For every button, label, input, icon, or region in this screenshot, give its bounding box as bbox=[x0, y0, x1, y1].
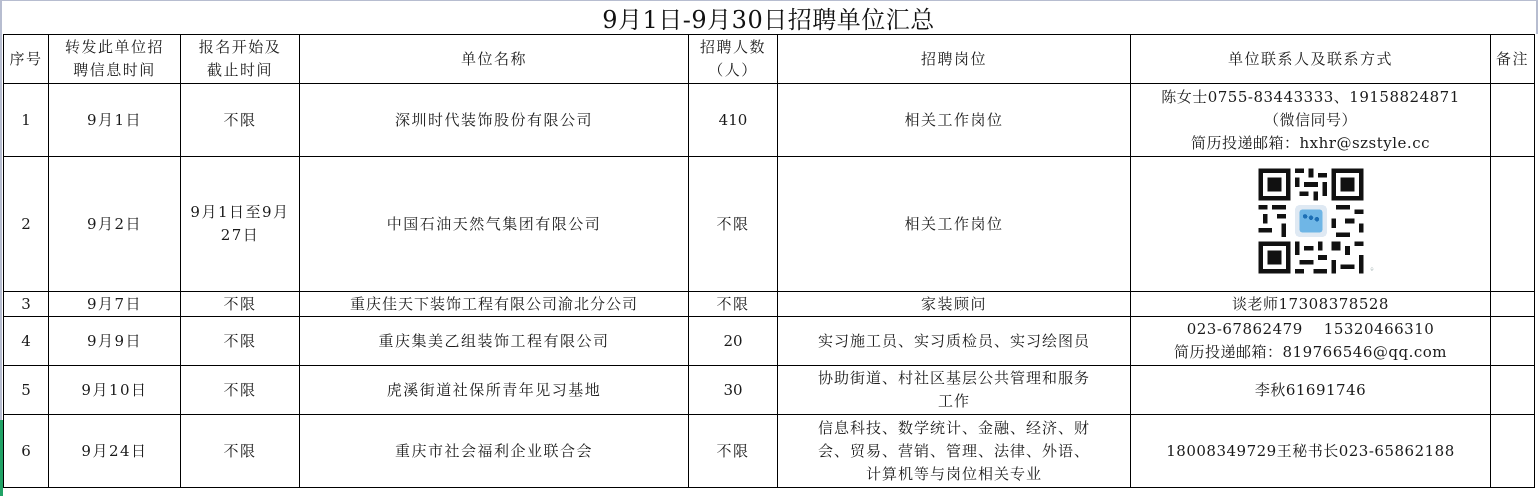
qr-code-icon[interactable]: ⌾ bbox=[1254, 164, 1368, 278]
sheet-left-edge bbox=[0, 0, 2, 420]
cell-index[interactable]: 6 bbox=[4, 415, 49, 488]
header-index[interactable]: 序号 bbox=[4, 35, 49, 84]
header-remarks[interactable]: 备注 bbox=[1491, 35, 1535, 84]
table-row: 5 9月10日 不限 虎溪街道社保所青年见习基地 30 协助街道、村社区基层公共… bbox=[4, 366, 1535, 415]
header-headcount[interactable]: 招聘人数 （人） bbox=[689, 35, 778, 84]
cell-positions[interactable]: 相关工作岗位 bbox=[778, 157, 1131, 292]
cell-company[interactable]: 虎溪街道社保所青年见习基地 bbox=[300, 366, 689, 415]
cell-company[interactable]: 中国石油天然气集团有限公司 bbox=[300, 157, 689, 292]
cell-apply-period[interactable]: 不限 bbox=[181, 292, 300, 317]
cell-remarks[interactable] bbox=[1491, 292, 1535, 317]
cell-headcount[interactable]: 不限 bbox=[689, 157, 778, 292]
header-row: 序号 转发此单位招 聘信息时间 报名开始及 截止时间 单位名称 招聘人数 （人）… bbox=[4, 35, 1535, 84]
cell-forward-time[interactable]: 9月7日 bbox=[49, 292, 181, 317]
header-company[interactable]: 单位名称 bbox=[300, 35, 689, 84]
cell-apply-period[interactable]: 不限 bbox=[181, 366, 300, 415]
cell-remarks[interactable] bbox=[1491, 317, 1535, 366]
cell-apply-period[interactable]: 不限 bbox=[181, 84, 300, 157]
cell-headcount[interactable]: 410 bbox=[689, 84, 778, 157]
cell-forward-time[interactable]: 9月24日 bbox=[49, 415, 181, 488]
cell-contact[interactable]: 陈女士0755-83443333、19158824871 （微信同号） 简历投递… bbox=[1131, 84, 1491, 157]
cell-contact[interactable]: ⌾ bbox=[1131, 157, 1491, 292]
cell-headcount[interactable]: 不限 bbox=[689, 292, 778, 317]
cell-forward-time[interactable]: 9月2日 bbox=[49, 157, 181, 292]
cell-remarks[interactable] bbox=[1491, 366, 1535, 415]
cell-contact[interactable]: 18008349729王秘书长023-65862188 bbox=[1131, 415, 1491, 488]
cell-company[interactable]: 重庆市社会福利企业联合会 bbox=[300, 415, 689, 488]
cell-forward-time[interactable]: 9月10日 bbox=[49, 366, 181, 415]
cell-forward-time[interactable]: 9月1日 bbox=[49, 84, 181, 157]
cell-company[interactable]: 深圳时代装饰股份有限公司 bbox=[300, 84, 689, 157]
cell-positions[interactable]: 实习施工员、实习质检员、实习绘图员 bbox=[778, 317, 1131, 366]
cell-index[interactable]: 5 bbox=[4, 366, 49, 415]
cell-positions[interactable]: 相关工作岗位 bbox=[778, 84, 1131, 157]
header-positions[interactable]: 招聘岗位 bbox=[778, 35, 1131, 84]
cell-index[interactable]: 1 bbox=[4, 84, 49, 157]
qr-watermark: ⌾ bbox=[1370, 259, 1373, 282]
cell-apply-period[interactable]: 不限 bbox=[181, 415, 300, 488]
cell-apply-period[interactable]: 不限 bbox=[181, 317, 300, 366]
cell-index[interactable]: 2 bbox=[4, 157, 49, 292]
table-row: 1 9月1日 不限 深圳时代装饰股份有限公司 410 相关工作岗位 陈女士075… bbox=[4, 84, 1535, 157]
cell-remarks[interactable] bbox=[1491, 415, 1535, 488]
cell-positions[interactable]: 信息科技、数学统计、金融、经济、财 会、贸易、营销、管理、法律、外语、 计算机等… bbox=[778, 415, 1131, 488]
table-row: 2 9月2日 9月1日至9月 27日 中国石油天然气集团有限公司 不限 相关工作… bbox=[4, 157, 1535, 292]
cell-company[interactable]: 重庆佳天下装饰工程有限公司渝北分公司 bbox=[300, 292, 689, 317]
cell-contact[interactable]: 023-67862479 15320466310 简历投递邮箱：81976654… bbox=[1131, 317, 1491, 366]
cell-contact[interactable]: 谈老师17308378528 bbox=[1131, 292, 1491, 317]
cell-index[interactable]: 3 bbox=[4, 292, 49, 317]
recruitment-table: 序号 转发此单位招 聘信息时间 报名开始及 截止时间 单位名称 招聘人数 （人）… bbox=[3, 34, 1535, 488]
cell-forward-time[interactable]: 9月9日 bbox=[49, 317, 181, 366]
cell-apply-period[interactable]: 9月1日至9月 27日 bbox=[181, 157, 300, 292]
header-apply-period[interactable]: 报名开始及 截止时间 bbox=[181, 35, 300, 84]
table-row: 3 9月7日 不限 重庆佳天下装饰工程有限公司渝北分公司 不限 家装顾问 谈老师… bbox=[4, 292, 1535, 317]
table-row: 6 9月24日 不限 重庆市社会福利企业联合会 不限 信息科技、数学统计、金融、… bbox=[4, 415, 1535, 488]
cell-remarks[interactable] bbox=[1491, 84, 1535, 157]
cell-headcount[interactable]: 不限 bbox=[689, 415, 778, 488]
cell-remarks[interactable] bbox=[1491, 157, 1535, 292]
cell-headcount[interactable]: 20 bbox=[689, 317, 778, 366]
table-row: 4 9月9日 不限 重庆集美乙组装饰工程有限公司 20 实习施工员、实习质检员、… bbox=[4, 317, 1535, 366]
cell-company[interactable]: 重庆集美乙组装饰工程有限公司 bbox=[300, 317, 689, 366]
cell-positions[interactable]: 协助街道、村社区基层公共管理和服务 工作 bbox=[778, 366, 1131, 415]
sheet-title[interactable]: 9月1日-9月30日招聘单位汇总 bbox=[3, 1, 1534, 34]
header-contact[interactable]: 单位联系人及联系方式 bbox=[1131, 35, 1491, 84]
header-forward-time[interactable]: 转发此单位招 聘信息时间 bbox=[49, 35, 181, 84]
cell-headcount[interactable]: 30 bbox=[689, 366, 778, 415]
cell-index[interactable]: 4 bbox=[4, 317, 49, 366]
cell-positions[interactable]: 家装顾问 bbox=[778, 292, 1131, 317]
cell-contact[interactable]: 李秋61691746 bbox=[1131, 366, 1491, 415]
spreadsheet: 9月1日-9月30日招聘单位汇总 序号 转发此单位招 聘信息时间 报名开始及 截… bbox=[0, 0, 1538, 496]
